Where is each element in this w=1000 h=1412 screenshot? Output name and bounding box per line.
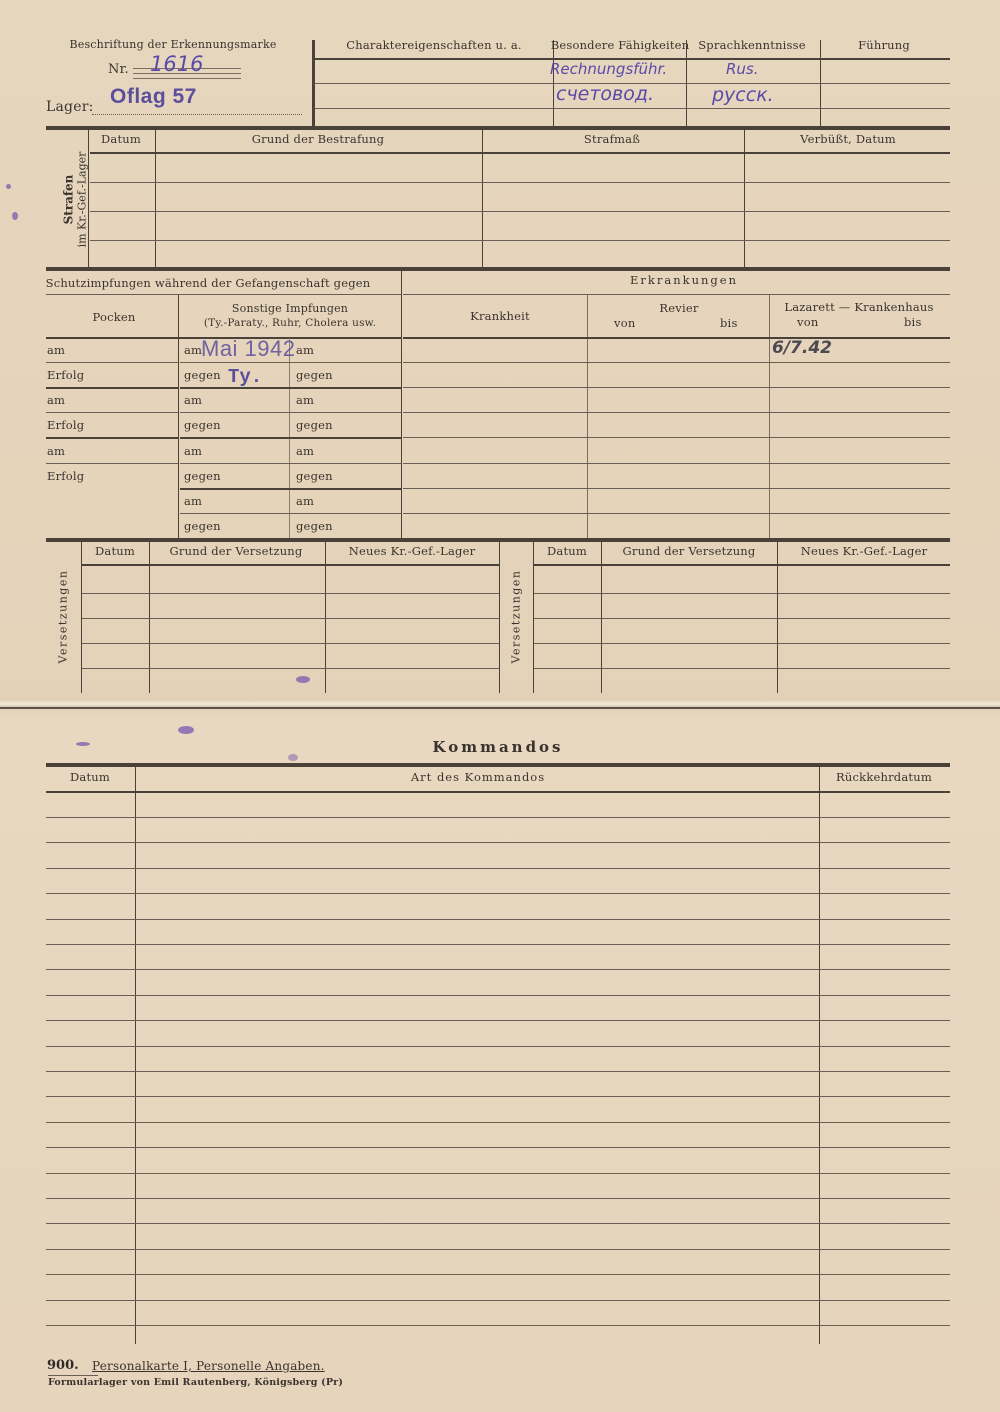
kommandos-col-rueckkehr: Rückkehrdatum	[836, 770, 932, 784]
row-line	[46, 842, 950, 843]
pocken-am-2: am	[47, 393, 65, 407]
versetzungen-left-header-rule	[82, 564, 499, 566]
versetzungen-left-col-datum: Datum	[95, 544, 135, 558]
row-line	[46, 463, 178, 464]
impfungen-col-pocken: Pocken	[92, 310, 135, 324]
pocken-erfolg-3: Erfolg	[47, 469, 84, 483]
row-line	[180, 412, 401, 413]
row-line	[46, 1223, 950, 1224]
sprachen-entry-2[interactable]: русск.	[712, 84, 774, 106]
header-left-border	[312, 40, 315, 128]
ink-speck	[6, 184, 11, 189]
row-line	[46, 1249, 950, 1250]
strafen-divider	[482, 130, 483, 268]
erkrankungen-col-lazarett: Lazarett — Krankenhaus	[784, 300, 933, 314]
erkrankungen-header-rule	[403, 337, 950, 339]
impfungen-col-sonstige-2: (Ty.-Paraty., Ruhr, Cholera usw.	[204, 317, 376, 329]
impfungen-erkrankungen-divider	[401, 271, 402, 539]
strafen-col-grund: Grund der Bestrafung	[252, 132, 384, 146]
marke-label: Beschriftung der Erkennungsmarke	[69, 38, 276, 51]
kommandos-title: Kommandos	[432, 738, 563, 756]
nr-line-3	[133, 78, 241, 79]
row-line	[180, 387, 401, 389]
row-line	[46, 1300, 950, 1301]
form-number: 900.	[47, 1358, 79, 1373]
impfungen-divider	[178, 295, 179, 539]
row-line	[46, 1173, 950, 1174]
row-line	[46, 437, 178, 439]
strafen-bottom-rule	[46, 267, 950, 271]
form-title: Personalkarte I, Personelle Angaben.	[92, 1359, 325, 1373]
sonstige-am-b1: am	[296, 343, 314, 357]
versetzungen-side-label-left: Versetzungen	[57, 567, 70, 667]
row-line	[46, 969, 950, 970]
erkrankungen-sub-rule	[403, 294, 950, 295]
lager-dotted-line	[92, 114, 302, 115]
strafen-side-label-1: Strafen	[62, 175, 76, 225]
col-sprachen: Sprachkenntnisse	[698, 38, 806, 52]
row-line	[82, 668, 499, 669]
strafen-divider	[155, 130, 156, 268]
sonstige-am-a2: am	[184, 393, 202, 407]
sonstige-am-b3: am	[296, 444, 314, 458]
versetzungen-right-col-datum: Datum	[547, 544, 587, 558]
sonstige-am-b4: am	[296, 494, 314, 508]
row-line	[90, 240, 950, 241]
row-line	[534, 643, 950, 644]
sonstige-gegen-a1: gegen	[184, 368, 221, 382]
revier-von: von	[614, 316, 635, 330]
kommandos-divider	[819, 767, 820, 1344]
versetzungen-left-col-grund: Grund der Versetzung	[170, 544, 303, 558]
ink-speck	[296, 676, 310, 683]
row-line	[46, 1071, 950, 1072]
row-line	[403, 437, 950, 438]
strafen-header-rule	[90, 152, 950, 154]
nr-label: Nr.	[108, 62, 129, 77]
kommandos-divider	[135, 767, 136, 1344]
row-line	[46, 1020, 950, 1021]
sonstige-gegen-a2: gegen	[184, 418, 221, 432]
publisher-underline	[48, 1375, 98, 1376]
kommandos-header-rule	[46, 791, 950, 793]
row-line	[46, 944, 950, 945]
strafen-side-label-2: im Kr.-Gef.-Lager	[76, 152, 89, 248]
row-line	[46, 1096, 950, 1097]
row-line	[46, 1198, 950, 1199]
nr-value[interactable]: 1616	[150, 52, 203, 76]
erkrankungen-col-krankheit: Krankheit	[470, 309, 530, 323]
sonstige-am-a4: am	[184, 494, 202, 508]
row-line	[403, 488, 950, 489]
lazarett-von-entry[interactable]: 6/7.42	[772, 338, 832, 358]
row-line	[46, 919, 950, 920]
impfungen-title: Schutzimpfungen während der Gefangenscha…	[46, 276, 371, 290]
ink-speck	[76, 742, 90, 746]
row-line	[82, 593, 499, 594]
ink-speck	[178, 726, 194, 734]
fold-line	[0, 707, 1000, 709]
erkrankungen-col-revier: Revier	[659, 301, 698, 315]
sonstige-am-a1: am	[184, 343, 202, 357]
sonstige-gegen-b2: gegen	[296, 418, 333, 432]
sonstige-am-a3: am	[184, 444, 202, 458]
row-line	[46, 387, 178, 389]
row-line	[46, 1274, 950, 1275]
strafen-top-rule	[46, 126, 950, 130]
faehigkeiten-entry-2[interactable]: счетовод.	[556, 83, 654, 105]
row-line	[403, 387, 950, 388]
row-line	[82, 618, 499, 619]
pocken-erfolg-1: Erfolg	[47, 368, 84, 382]
col-faehigkeiten: Besondere Fähigkeiten	[551, 38, 690, 52]
row-line	[403, 463, 950, 464]
faehigkeiten-entry-1[interactable]: Rechnungsführ.	[550, 60, 667, 78]
form-publisher: Formularlager von Emil Rautenberg, König…	[48, 1377, 343, 1388]
row-line	[534, 668, 950, 669]
row-line	[90, 211, 950, 212]
pocken-am-1: am	[47, 343, 65, 357]
erkrankungen-divider	[769, 295, 770, 539]
impfungen-sub-rule	[46, 294, 401, 295]
lazarett-von: von	[797, 315, 818, 329]
row-line	[534, 593, 950, 594]
row-line	[46, 1122, 950, 1123]
impfung-date-stamp[interactable]: Mai 1942	[201, 336, 296, 362]
col-charakter: Charaktereigenschaften u. a.	[346, 38, 522, 52]
row-line	[403, 412, 950, 413]
row-line	[180, 488, 401, 490]
lager-label: Lager:	[46, 99, 94, 115]
versetzungen-side-label-right: Versetzungen	[510, 567, 523, 667]
strafen-divider	[88, 130, 89, 268]
versetzungen-divider	[499, 541, 500, 693]
kommandos-col-art: Art des Kommandos	[411, 770, 545, 784]
row-line	[90, 182, 950, 183]
versetzungen-right-col-lager: Neues Kr.-Gef.-Lager	[801, 544, 928, 558]
versetzungen-left-col-lager: Neues Kr.-Gef.-Lager	[349, 544, 476, 558]
row-line	[403, 513, 950, 514]
pocken-am-3: am	[47, 444, 65, 458]
row-line	[180, 362, 401, 363]
lager-stamp[interactable]: Oflag 57	[110, 85, 197, 109]
versetzungen-right-header-rule	[534, 564, 950, 566]
strafen-divider	[744, 130, 745, 268]
row-line	[403, 362, 950, 363]
row-line	[314, 108, 950, 109]
strafen-col-verbuesst: Verbüßt, Datum	[800, 132, 896, 146]
sonstige-am-b2: am	[296, 393, 314, 407]
row-line	[46, 1147, 950, 1148]
impfung-gegen-stamp[interactable]: Ty.	[228, 366, 262, 388]
row-line	[180, 463, 401, 464]
strafen-col-datum: Datum	[101, 132, 141, 146]
row-line	[180, 513, 401, 514]
col-fuehrung: Führung	[858, 38, 910, 52]
row-line	[46, 412, 178, 413]
sonstige-gegen-b4: gegen	[296, 519, 333, 533]
row-line	[46, 868, 950, 869]
row-line	[46, 817, 950, 818]
versetzungen-right-col-grund: Grund der Versetzung	[623, 544, 756, 558]
ink-speck	[288, 754, 298, 761]
sonstige-gegen-b3: gegen	[296, 469, 333, 483]
kommandos-col-datum: Datum	[70, 770, 110, 784]
row-line	[46, 893, 950, 894]
revier-bis: bis	[720, 316, 738, 330]
pocken-erfolg-2: Erfolg	[47, 418, 84, 432]
row-line	[180, 437, 401, 439]
sprachen-entry-1[interactable]: Rus.	[726, 60, 759, 78]
row-line	[46, 1046, 950, 1047]
row-line	[46, 995, 950, 996]
ink-speck	[12, 212, 18, 220]
row-line	[46, 1325, 950, 1326]
sonstige-gegen-a4: gegen	[184, 519, 221, 533]
row-line	[46, 362, 178, 363]
kommandos-top-rule	[46, 763, 950, 767]
versetzungen-top-rule	[46, 538, 950, 542]
erkrankungen-divider	[587, 295, 588, 539]
strafen-side-label: Strafen im Kr.-Gef.-Lager	[62, 135, 89, 265]
sonstige-gegen-b1: gegen	[296, 368, 333, 382]
row-line	[82, 643, 499, 644]
lazarett-bis: bis	[904, 315, 922, 329]
strafen-col-strafmass: Strafmaß	[584, 132, 640, 146]
erkrankungen-title: Erkrankungen	[630, 273, 738, 287]
impfungen-col-sonstige-1: Sonstige Impfungen	[232, 302, 348, 315]
sonstige-gegen-a3: gegen	[184, 469, 221, 483]
row-line	[534, 618, 950, 619]
